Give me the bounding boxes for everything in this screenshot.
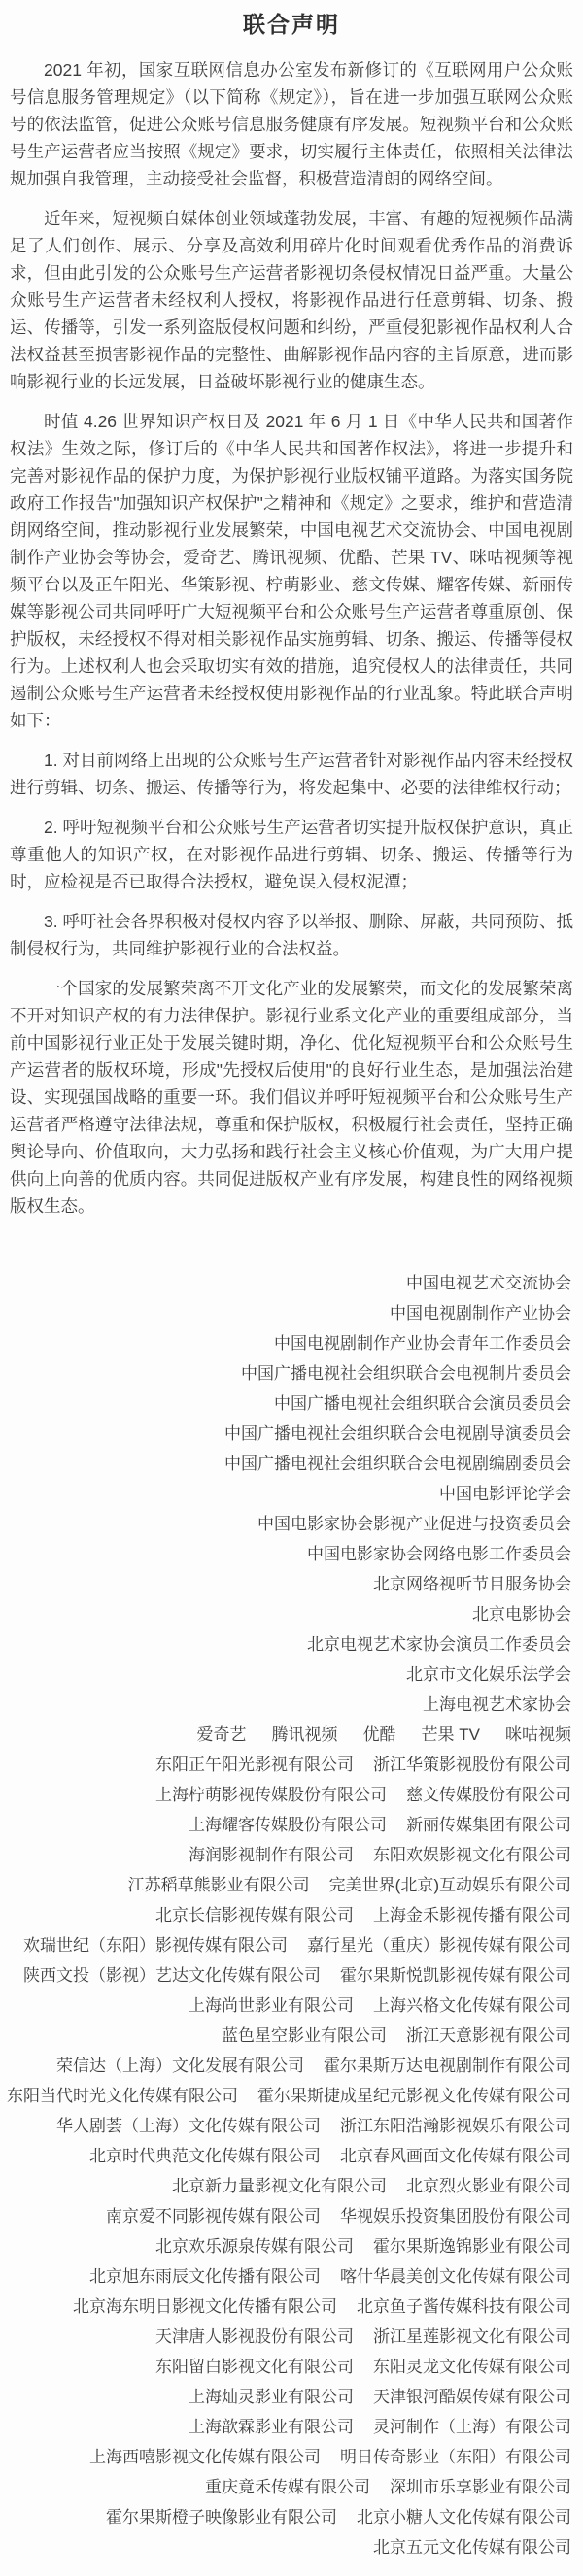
signatory-line: 上海灿灵影业有限公司天津银河酷娱传媒有限公司 — [10, 2382, 573, 2412]
company-name: 天津银河酷娱传媒有限公司 — [373, 2382, 571, 2412]
company-name: 浙江天意影视有限公司 — [406, 2021, 571, 2051]
statement-item-1: 1. 对目前网络上出现的公众账号生产运营者针对影视作品内容未经授权进行剪辑、切条… — [10, 747, 573, 801]
platform-name: 腾讯视频 — [272, 1720, 338, 1750]
association-name: 北京网络视听节目服务协会 — [373, 1569, 571, 1599]
company-name: 上海耀客传媒股份有限公司 — [189, 1810, 387, 1840]
company-name: 浙江华策影视股份有限公司 — [373, 1750, 571, 1780]
company-name: 天津唐人影视股份有限公司 — [155, 2322, 354, 2352]
association-name: 北京市文化娱乐法学会 — [406, 1659, 571, 1689]
signatory-line: 北京网络视听节目服务协会 — [10, 1569, 573, 1599]
signatory-line: 荣信达（上海）文化发展有限公司霍尔果斯万达电视剧制作有限公司 — [10, 2051, 573, 2081]
signatory-line: 海润影视制作有限公司东阳欢娱影视文化有限公司 — [10, 1840, 573, 1870]
signatory-list: 中国电视艺术交流协会中国电视剧制作产业协会中国电视剧制作产业协会青年工作委员会中… — [10, 1268, 573, 2562]
association-name: 北京电影协会 — [472, 1599, 571, 1629]
signatory-line: 北京时代典范文化传媒有限公司北京春风画面文化传媒有限公司 — [10, 2141, 573, 2171]
company-name: 重庆竟禾传媒有限公司 — [205, 2472, 370, 2502]
signatory-line: 北京市文化娱乐法学会 — [10, 1659, 573, 1689]
signatory-line: 上海尚世影业有限公司上海兴格文化传媒有限公司 — [10, 1991, 573, 2021]
statement-paragraph-3: 时值 4.26 世界知识产权日及 2021 年 6 月 1 日《中华人民共和国著… — [10, 408, 573, 734]
company-name: 嘉行星光（重庆）影视传媒有限公司 — [307, 1930, 571, 1960]
statement-closing-paragraph: 一个国家的发展繁荣离不开文化产业的发展繁荣，而文化的发展繁荣离不开对知识产权的有… — [10, 975, 573, 1220]
signatory-line: 中国广播电视社会组织联合会电视剧编剧委员会 — [10, 1449, 573, 1479]
company-name: 东阳灵龙文化传媒有限公司 — [373, 2352, 571, 2382]
company-name: 上海兴格文化传媒有限公司 — [373, 1991, 571, 2021]
signatory-line: 中国广播电视社会组织联合会电视制片委员会 — [10, 1358, 573, 1388]
association-name: 中国广播电视社会组织联合会演员委员会 — [274, 1388, 571, 1419]
statement-item-3: 3. 呼吁社会各界积极对侵权内容予以举报、删除、屏蔽，共同预防、抵制侵权行为，共… — [10, 908, 573, 962]
company-name: 北京烈火影业有限公司 — [406, 2171, 571, 2201]
company-name: 浙江东阳浩瀚影视娱乐有限公司 — [340, 2111, 571, 2141]
company-name: 北京鱼子酱传媒科技有限公司 — [357, 2292, 571, 2322]
signatory-line: 中国电影评论学会 — [10, 1479, 573, 1509]
signatory-line: 中国电影家协会影视产业促进与投资委员会 — [10, 1509, 573, 1539]
signatory-line: 上海耀客传媒股份有限公司新丽传媒集团有限公司 — [10, 1810, 573, 1840]
company-name: 荣信达（上海）文化发展有限公司 — [56, 2051, 304, 2081]
company-name: 慈文传媒股份有限公司 — [406, 1780, 571, 1810]
company-name: 东阳当代时光文化传媒有限公司 — [7, 2081, 238, 2111]
signatory-line: 南京爱不同影视传媒有限公司华视娱乐投资集团股份有限公司 — [10, 2201, 573, 2231]
signatory-line: 中国电影家协会网络电影工作委员会 — [10, 1539, 573, 1569]
signatory-line: 上海柠萌影视传媒股份有限公司慈文传媒股份有限公司 — [10, 1780, 573, 1810]
association-name: 中国电视剧制作产业协会 — [390, 1298, 571, 1328]
signatory-line: 爱奇艺腾讯视频优酷芒果 TV咪咕视频 — [10, 1720, 573, 1750]
signatory-line: 北京海东明日影视文化传播有限公司北京鱼子酱传媒科技有限公司 — [10, 2292, 573, 2322]
association-name: 中国电影家协会网络电影工作委员会 — [307, 1539, 571, 1569]
company-name: 上海歆霖影业有限公司 — [189, 2412, 354, 2442]
company-name: 华视娱乐投资集团股份有限公司 — [340, 2201, 571, 2231]
association-name: 中国广播电视社会组织联合会电视剧导演委员会 — [224, 1419, 571, 1449]
platform-name: 爱奇艺 — [197, 1720, 247, 1750]
platform-name: 芒果 TV — [422, 1720, 480, 1750]
company-name: 霍尔果斯逸锦影业有限公司 — [373, 2231, 571, 2261]
association-name: 上海电视艺术家协会 — [423, 1689, 571, 1720]
company-name: 浙江星莲影视文化有限公司 — [373, 2322, 571, 2352]
statement-item-2: 2. 呼吁短视频平台和公众账号生产运营者切实提升版权保护意识，真正尊重他人的知识… — [10, 814, 573, 895]
association-name: 中国电视艺术交流协会 — [406, 1268, 571, 1298]
company-name: 上海西嘻影视文化传媒有限公司 — [89, 2442, 321, 2472]
signatory-line: 中国电视剧制作产业协会 — [10, 1298, 573, 1328]
signatory-line: 江苏稻草熊影业有限公司完美世界(北京)互动娱乐有限公司 — [10, 1870, 573, 1900]
signatory-line: 北京长信影视传媒有限公司上海金禾影视传播有限公司 — [10, 1900, 573, 1930]
platform-name: 咪咕视频 — [505, 1720, 571, 1750]
signatory-line: 中国电视艺术交流协会 — [10, 1268, 573, 1298]
company-name: 霍尔果斯悦凯影视传媒有限公司 — [340, 1960, 571, 1991]
company-name: 海润影视制作有限公司 — [189, 1840, 354, 1870]
joint-statement-document: 联合声明 2021 年初，国家互联网信息办公室发布新修订的《互联网用户公众账号信… — [0, 0, 583, 2576]
company-name: 北京旭东雨辰文化传播有限公司 — [89, 2261, 321, 2292]
statement-paragraph-1: 2021 年初，国家互联网信息办公室发布新修订的《互联网用户公众账号信息服务管理… — [10, 56, 573, 192]
signatory-line: 北京旭东雨辰文化传播有限公司喀什华晨美创文化传媒有限公司 — [10, 2261, 573, 2292]
association-name: 北京电视艺术家协会演员工作委员会 — [307, 1629, 571, 1659]
signatory-line: 陕西文投（影视）艺达文化传媒有限公司霍尔果斯悦凯影视传媒有限公司 — [10, 1960, 573, 1991]
company-name: 南京爱不同影视传媒有限公司 — [106, 2201, 321, 2231]
company-name: 北京欢乐源泉传媒有限公司 — [155, 2231, 354, 2261]
company-name: 东阳留白影视文化有限公司 — [155, 2352, 354, 2382]
signatory-line: 中国电视剧制作产业协会青年工作委员会 — [10, 1328, 573, 1358]
association-name: 中国电影评论学会 — [439, 1479, 571, 1509]
company-name: 欢瑞世纪（东阳）影视传媒有限公司 — [23, 1930, 288, 1960]
signatory-line: 中国广播电视社会组织联合会电视剧导演委员会 — [10, 1419, 573, 1449]
signatory-line: 上海电视艺术家协会 — [10, 1689, 573, 1720]
company-name: 上海金禾影视传播有限公司 — [373, 1900, 571, 1930]
company-name: 华人剧荟（上海）文化传媒有限公司 — [56, 2111, 321, 2141]
statement-body: 2021 年初，国家互联网信息办公室发布新修订的《互联网用户公众账号信息服务管理… — [10, 56, 573, 1220]
company-name: 北京长信影视传媒有限公司 — [155, 1900, 354, 1930]
signatory-line: 重庆竟禾传媒有限公司深圳市乐享影业有限公司 — [10, 2472, 573, 2502]
company-name: 北京小糖人文化传媒有限公司 — [357, 2502, 571, 2532]
signatory-line: 天津唐人影视股份有限公司浙江星莲影视文化有限公司 — [10, 2322, 573, 2352]
signatory-line: 北京欢乐源泉传媒有限公司霍尔果斯逸锦影业有限公司 — [10, 2231, 573, 2261]
platform-name: 优酷 — [363, 1720, 396, 1750]
signatory-line: 上海歆霖影业有限公司灵河制作（上海）有限公司 — [10, 2412, 573, 2442]
signatory-line: 上海西嘻影视文化传媒有限公司明日传奇影业（东阳）有限公司 — [10, 2442, 573, 2472]
statement-paragraph-2: 近年来，短视频自媒体创业领域蓬勃发展，丰富、有趣的短视频作品满足了人们创作、展示… — [10, 205, 573, 395]
signatory-line: 欢瑞世纪（东阳）影视传媒有限公司嘉行星光（重庆）影视传媒有限公司 — [10, 1930, 573, 1960]
signatory-line: 东阳当代时光文化传媒有限公司霍尔果斯捷成星纪元影视文化传媒有限公司 — [10, 2081, 573, 2111]
signatory-line: 北京电视艺术家协会演员工作委员会 — [10, 1629, 573, 1659]
signatory-line: 北京五元文化传媒有限公司 — [10, 2532, 573, 2562]
signatory-line: 蓝色星空影业有限公司浙江天意影视有限公司 — [10, 2021, 573, 2051]
company-name: 北京时代典范文化传媒有限公司 — [89, 2141, 321, 2171]
company-name: 北京五元文化传媒有限公司 — [373, 2532, 571, 2562]
company-name: 霍尔果斯万达电视剧制作有限公司 — [324, 2051, 571, 2081]
signatory-line: 东阳正午阳光影视有限公司浙江华策影视股份有限公司 — [10, 1750, 573, 1780]
company-name: 东阳欢娱影视文化有限公司 — [373, 1840, 571, 1870]
company-name: 霍尔果斯橙子映像影业有限公司 — [106, 2502, 337, 2532]
company-name: 上海灿灵影业有限公司 — [189, 2382, 354, 2412]
association-name: 中国广播电视社会组织联合会电视剧编剧委员会 — [224, 1449, 571, 1479]
company-name: 灵河制作（上海）有限公司 — [373, 2412, 571, 2442]
company-name: 北京海东明日影视文化传播有限公司 — [73, 2292, 337, 2322]
signatory-line: 北京新力量影视文化有限公司北京烈火影业有限公司 — [10, 2171, 573, 2201]
signatory-line: 中国广播电视社会组织联合会演员委员会 — [10, 1388, 573, 1419]
company-name: 霍尔果斯捷成星纪元影视文化传媒有限公司 — [257, 2081, 571, 2111]
company-name: 北京新力量影视文化有限公司 — [172, 2171, 387, 2201]
signatory-line: 霍尔果斯橙子映像影业有限公司北京小糖人文化传媒有限公司 — [10, 2502, 573, 2532]
company-name: 明日传奇影业（东阳）有限公司 — [340, 2442, 571, 2472]
company-name: 喀什华晨美创文化传媒有限公司 — [340, 2261, 571, 2292]
company-name: 上海尚世影业有限公司 — [189, 1991, 354, 2021]
signatory-line: 东阳留白影视文化有限公司东阳灵龙文化传媒有限公司 — [10, 2352, 573, 2382]
company-name: 北京春风画面文化传媒有限公司 — [340, 2141, 571, 2171]
company-name: 陕西文投（影视）艺达文化传媒有限公司 — [23, 1960, 321, 1991]
company-name: 完美世界(北京)互动娱乐有限公司 — [329, 1870, 571, 1900]
page-title: 联合声明 — [10, 8, 573, 41]
association-name: 中国广播电视社会组织联合会电视制片委员会 — [241, 1358, 571, 1388]
company-name: 东阳正午阳光影视有限公司 — [155, 1750, 354, 1780]
signatory-line: 华人剧荟（上海）文化传媒有限公司浙江东阳浩瀚影视娱乐有限公司 — [10, 2111, 573, 2141]
company-name: 江苏稻草熊影业有限公司 — [128, 1870, 310, 1900]
company-name: 深圳市乐享影业有限公司 — [390, 2472, 571, 2502]
signatory-line: 北京电影协会 — [10, 1599, 573, 1629]
company-name: 新丽传媒集团有限公司 — [406, 1810, 571, 1840]
company-name: 上海柠萌影视传媒股份有限公司 — [155, 1780, 387, 1810]
association-name: 中国电影家协会影视产业促进与投资委员会 — [257, 1509, 571, 1539]
company-name: 蓝色星空影业有限公司 — [222, 2021, 387, 2051]
association-name: 中国电视剧制作产业协会青年工作委员会 — [274, 1328, 571, 1358]
